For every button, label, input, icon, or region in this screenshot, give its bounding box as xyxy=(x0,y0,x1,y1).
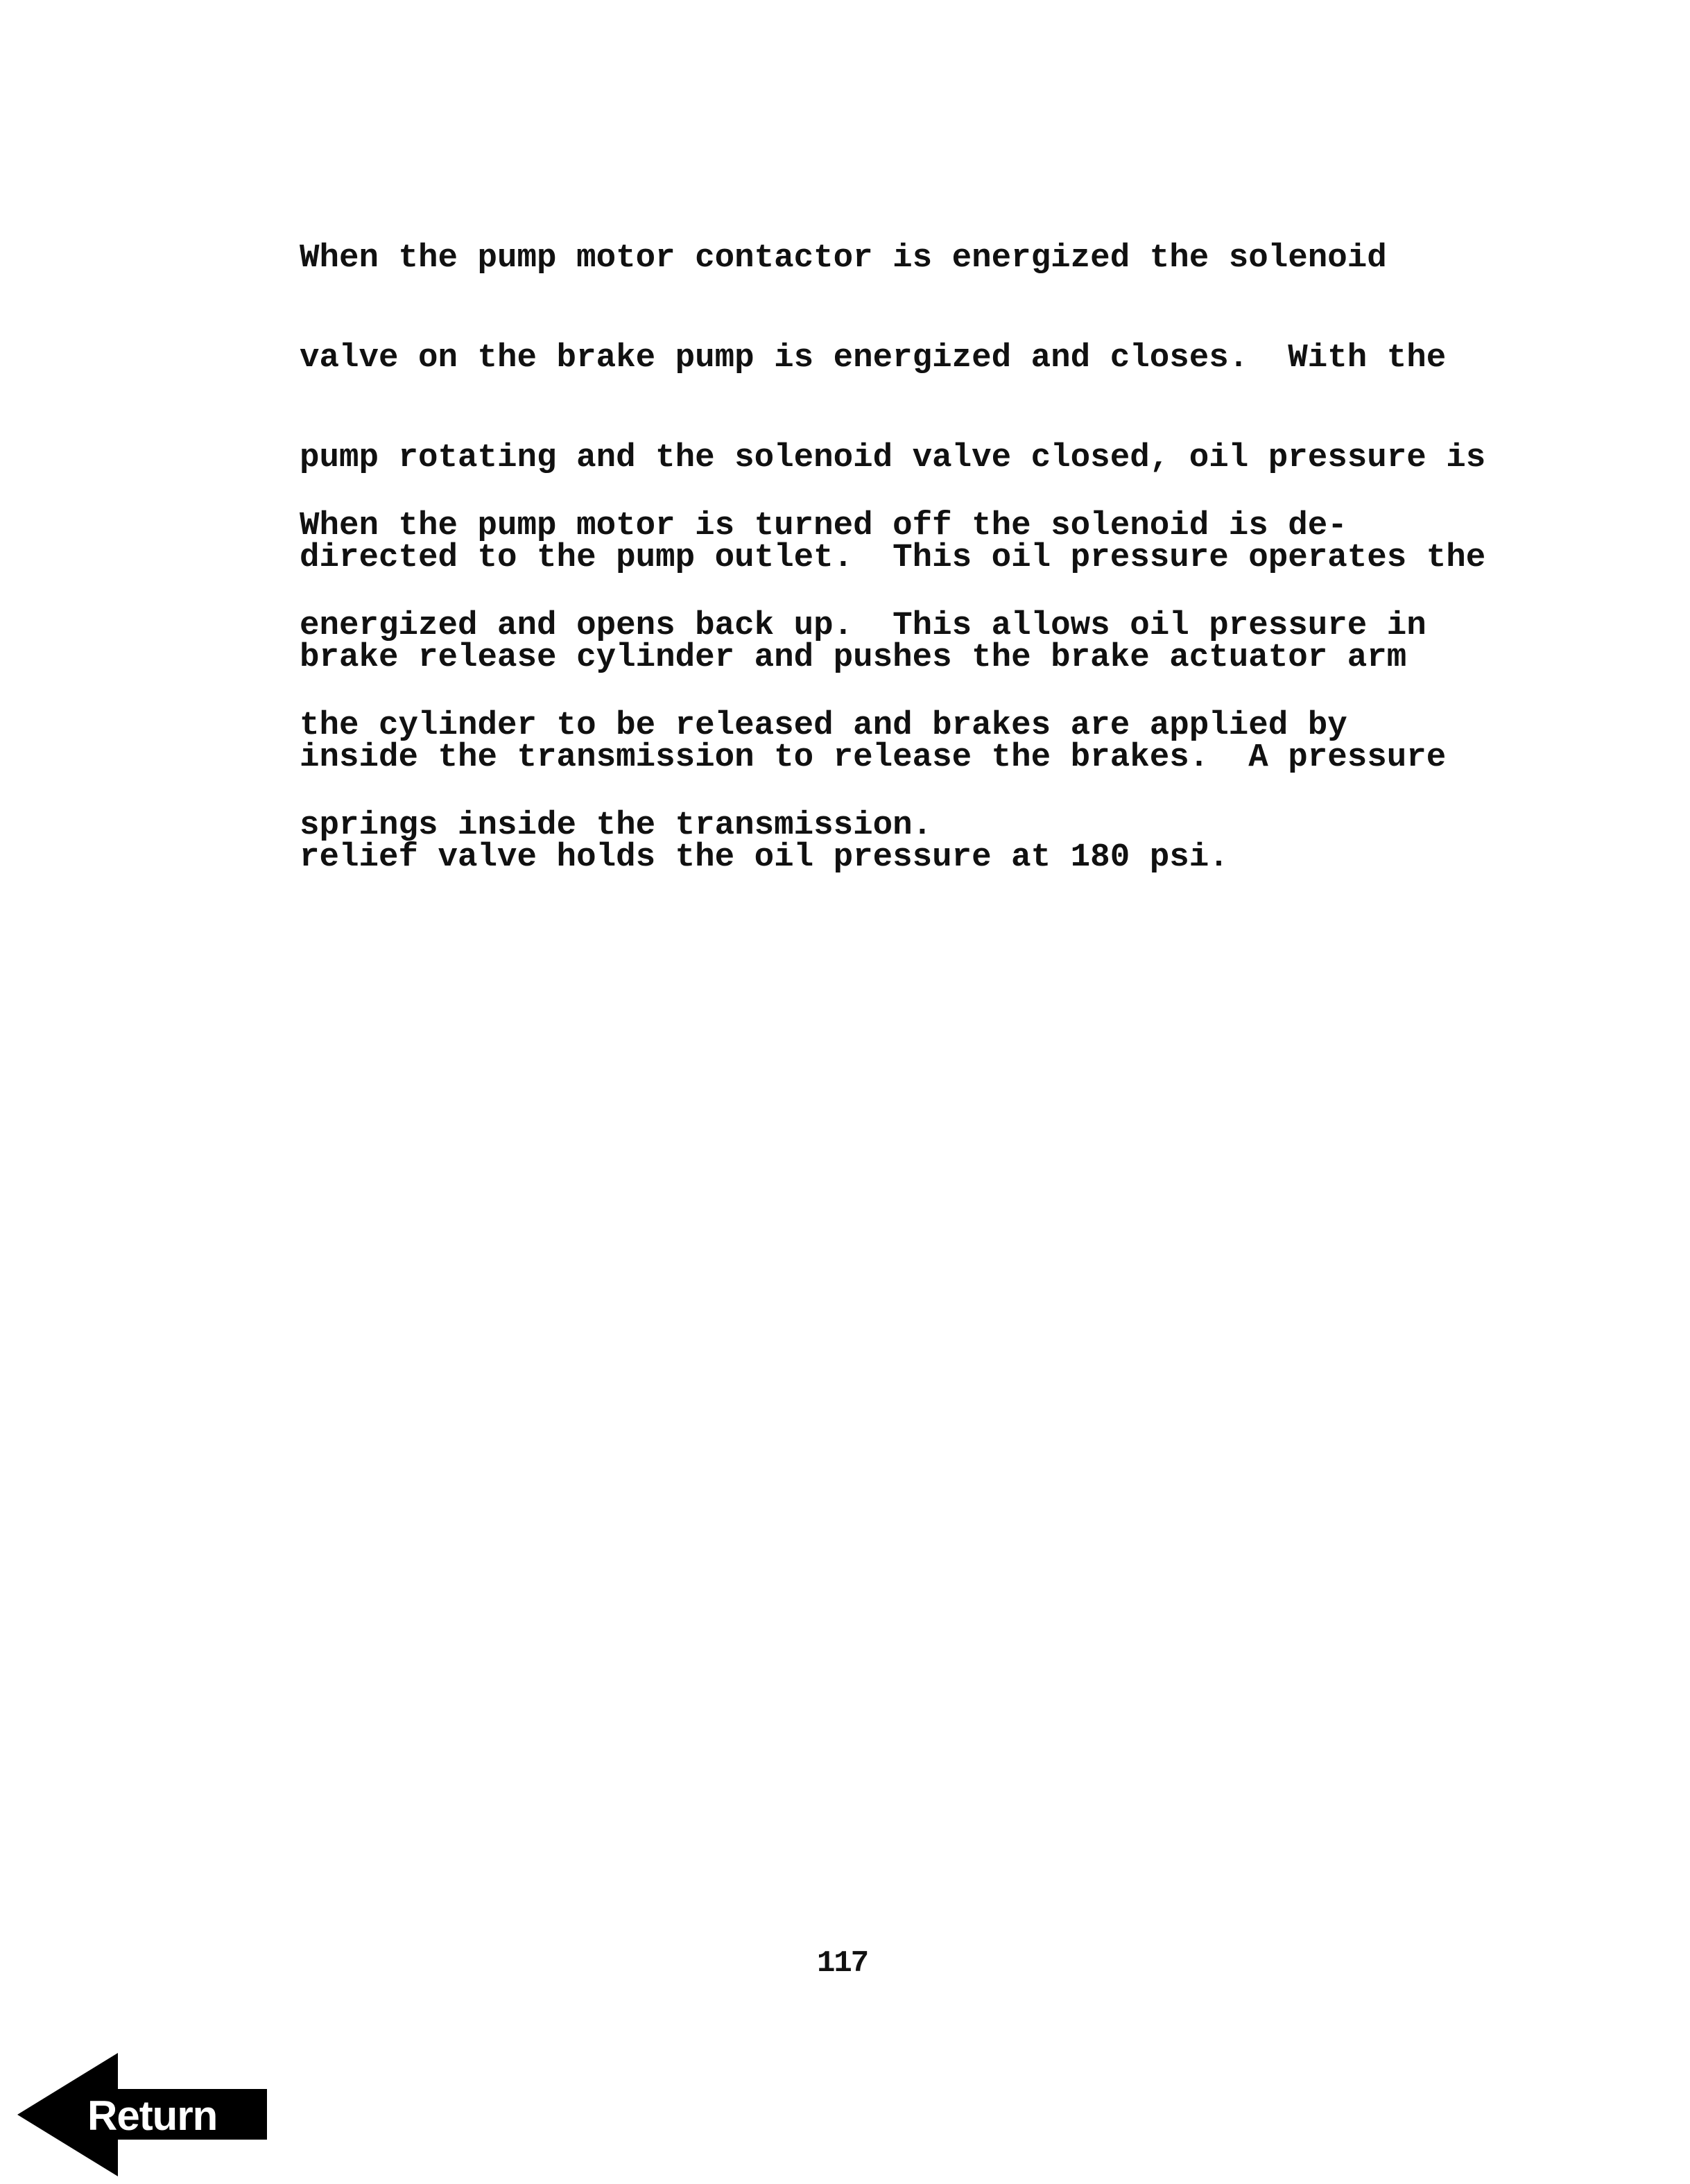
text-line: the cylinder to be released and brakes a… xyxy=(300,709,1426,742)
text-line: valve on the brake pump is energized and… xyxy=(300,341,1485,375)
page-number: 117 xyxy=(817,1946,868,1981)
paragraph-brake-apply: When the pump motor is turned off the so… xyxy=(300,442,1426,909)
document-page: When the pump motor contactor is energiz… xyxy=(0,0,1690,2184)
text-line: When the pump motor is turned off the so… xyxy=(300,509,1426,542)
text-line: When the pump motor contactor is energiz… xyxy=(300,241,1485,275)
return-button[interactable]: Return xyxy=(14,2049,270,2181)
text-line: energized and opens back up. This allows… xyxy=(300,609,1426,642)
return-label: Return xyxy=(87,2094,217,2138)
text-line: springs inside the transmission. xyxy=(300,809,1426,842)
